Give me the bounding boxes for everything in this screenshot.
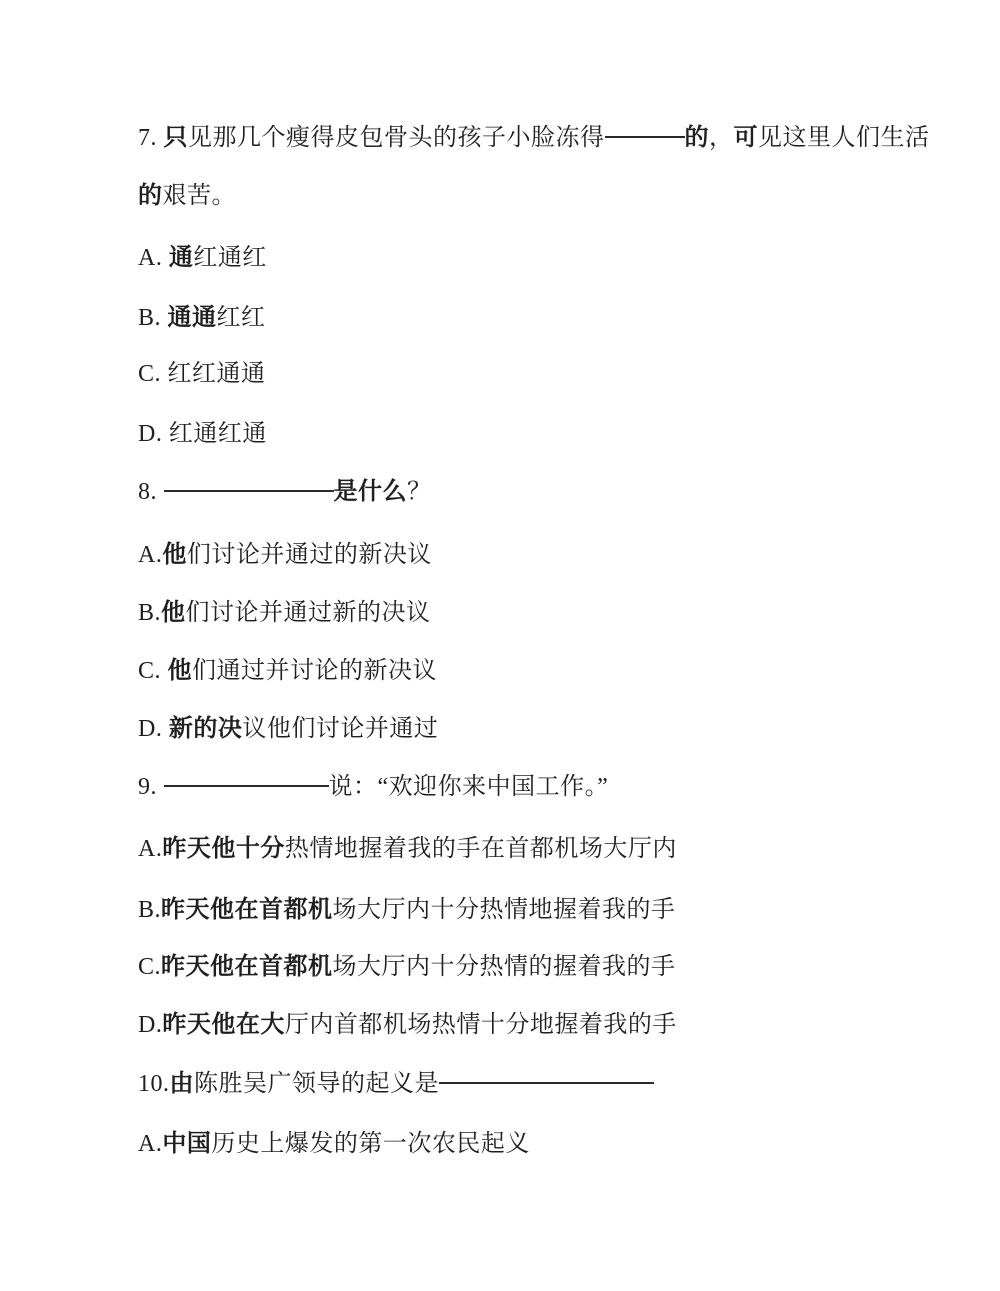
- bold-text-run: 昨天他在首都机: [161, 954, 333, 980]
- question-9-option-b: B.昨天他在首都机场大厅内十分热情地握着我的手: [138, 895, 676, 925]
- bold-text-run: 他: [162, 542, 187, 568]
- text-run: 们通过并讨论的新决议: [192, 658, 437, 684]
- text-run: 说：“欢迎你来中国工作。”: [329, 774, 609, 800]
- text-run: 们讨论并通过新的决议: [186, 600, 431, 626]
- text-run: A.: [138, 836, 162, 862]
- text-run: D.: [138, 716, 169, 742]
- bold-text-run: 他: [161, 600, 186, 626]
- question-8-option-a: A.他们讨论并通过的新决议: [138, 540, 432, 570]
- question-8-option-c: C. 他们通过并讨论的新决议: [138, 656, 437, 686]
- text-run: 7.: [138, 125, 164, 151]
- question-7-stem-line-2: 的艰苦。: [138, 181, 236, 211]
- text-run: 红红: [217, 305, 266, 331]
- question-7-option-a: A. 通红通红: [138, 243, 267, 273]
- text-run: 历史上爆发的第一次农民起义: [211, 1131, 530, 1157]
- text-run: 红通红: [193, 245, 267, 271]
- text-run: A.: [138, 542, 162, 568]
- blank-line: [164, 490, 334, 492]
- text-run: A.: [138, 245, 169, 271]
- text-run: D. 红通红通: [138, 421, 267, 447]
- bold-text-run: 只: [164, 125, 189, 151]
- bold-text-run: 通: [169, 245, 194, 271]
- text-run: C.: [138, 658, 168, 684]
- question-8-option-d: D. 新的决议他们讨论并通过: [138, 714, 438, 744]
- text-run: 议他们讨论并通过: [242, 716, 438, 742]
- question-7-option-c: C. 红红通通: [138, 359, 266, 389]
- text-run: 场大厅内十分热情的握着我的手: [333, 954, 676, 980]
- text-run: 艰苦。: [163, 183, 237, 209]
- bold-text-run: 是什么: [334, 479, 408, 505]
- text-run: 热情地握着我的手在首都机场大厅内: [285, 836, 677, 862]
- bold-text-run: 由: [170, 1071, 195, 1097]
- text-run: B.: [138, 897, 161, 923]
- bold-text-run: 他: [168, 658, 193, 684]
- text-run: 10.: [138, 1071, 170, 1097]
- text-run: ，: [709, 125, 734, 151]
- bold-text-run: 通通: [168, 305, 217, 331]
- blank-line: [164, 785, 329, 787]
- text-run: 见那几个瘦得皮包骨头的孩子小脸冻得: [188, 125, 605, 151]
- question-7-option-b: B. 通通红红: [138, 303, 266, 333]
- bold-text-run: 昨天他在大: [162, 1012, 285, 1038]
- question-9-option-d: D.昨天他在大厅内首都机场热情十分地握着我的手: [138, 1010, 677, 1040]
- text-run: 场大厅内十分热情地握着我的手: [333, 897, 676, 923]
- text-run: 厅内首都机场热情十分地握着我的手: [285, 1012, 677, 1038]
- question-8-stem: 8. 是什么？: [138, 477, 432, 507]
- text-run: 9.: [138, 774, 164, 800]
- text-run: 们讨论并通过的新决议: [187, 542, 432, 568]
- text-run: C. 红红通通: [138, 361, 266, 387]
- text-run: 8.: [138, 479, 164, 505]
- question-7-option-d: D. 红通红通: [138, 419, 267, 449]
- bold-text-run: 昨天他十分: [162, 836, 285, 862]
- text-run: B.: [138, 305, 168, 331]
- question-7-stem-line-1: 7. 只见那几个瘦得皮包骨头的孩子小脸冻得的，可见这里人们生活: [138, 123, 930, 153]
- question-9-stem: 9. 说：“欢迎你来中国工作。”: [138, 772, 608, 802]
- bold-text-run: 可: [734, 125, 759, 151]
- question-9-option-a: A.昨天他十分热情地握着我的手在首都机场大厅内: [138, 834, 677, 864]
- question-8-option-b: B.他们讨论并通过新的决议: [138, 598, 431, 628]
- blank-line: [605, 136, 685, 138]
- text-run: B.: [138, 600, 161, 626]
- text-run: ？: [407, 479, 432, 505]
- bold-text-run: 新的决: [169, 716, 243, 742]
- text-run: A.: [138, 1131, 162, 1157]
- question-10-stem: 10.由陈胜吴广领导的起义是: [138, 1069, 654, 1099]
- question-9-option-c: C.昨天他在首都机场大厅内十分热情的握着我的手: [138, 952, 676, 982]
- text-run: D.: [138, 1012, 162, 1038]
- text-run: 见这里人们生活: [758, 125, 930, 151]
- document-page: 7. 只见那几个瘦得皮包骨头的孩子小脸冻得的，可见这里人们生活 的艰苦。 A. …: [0, 0, 1000, 1291]
- text-run: C.: [138, 954, 161, 980]
- bold-text-run: 中国: [162, 1131, 211, 1157]
- bold-text-run: 昨天他在首都机: [161, 897, 333, 923]
- bold-text-run: 的: [685, 125, 710, 151]
- bold-text-run: 的: [138, 183, 163, 209]
- text-run: 陈胜吴广领导的起义是: [194, 1071, 439, 1097]
- blank-line: [439, 1082, 654, 1084]
- question-10-option-a: A.中国历史上爆发的第一次农民起义: [138, 1129, 530, 1159]
